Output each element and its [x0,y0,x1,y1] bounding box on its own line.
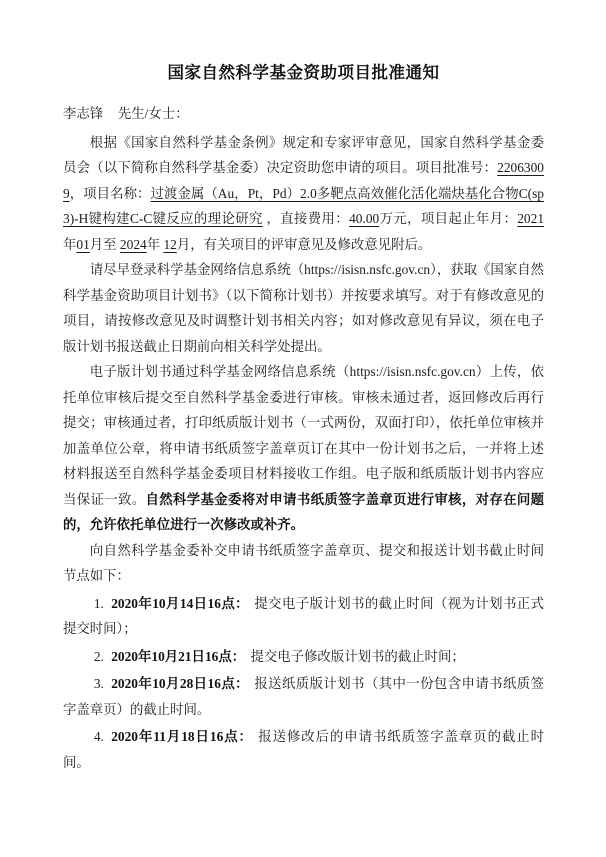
item-number: 1. [94,596,104,611]
item-number: 4. [94,729,104,744]
item-number: 3. [94,676,104,691]
document-title: 国家自然科学基金资助项目批准通知 [63,60,544,85]
intro-paragraph: 根据《国家自然科学基金条例》规定和专家评审意见，国家自然科学基金委员会（以下简称… [63,130,544,258]
intro-text-1: 根据《国家自然科学基金条例》规定和专家评审意见，国家自然科学基金委员会（以下简称… [63,135,544,176]
direct-fee: 40.00 [349,211,379,226]
intro-text-8: 月，有关项目的评审意见及修改意见附后。 [177,237,431,252]
submission-text: 电子版计划书通过科学基金网络信息系统（https://isisn.nsfc.go… [63,364,544,507]
deadline-date: 2020年10月14日16点： [111,596,249,611]
start-month: 01 [76,237,89,252]
recipient-name: 李志锋 [63,106,103,121]
deadline-date: 2020年10月21日16点： [111,649,245,664]
intro-text-5: 年 [63,237,76,252]
deadline-item-3: 3.2020年10月28日16点：报送纸质版计划书（其中一份包含申请书纸质签字盖… [63,671,544,722]
deadline-item-4: 4.2020年11月18日16点：报送修改后的申请书纸质签字盖章页的截止时间。 [63,724,544,775]
intro-text-3: ，直接费用： [263,211,349,226]
deadline-date: 2020年11月18日16点： [111,729,253,744]
deadline-intro-paragraph: 向自然科学基金委补交申请书纸质签字盖章页、提交和报送计划书截止时间节点如下： [63,538,544,589]
deadline-text: 提交电子修改版计划书的截止时间； [250,649,464,664]
intro-text-4: 万元，项目起止年月： [379,211,517,226]
deadline-item-1: 1.2020年10月14日16点：提交电子版计划书的截止时间（视为计划书正式提交… [63,591,544,642]
start-year: 2021 [517,211,544,226]
greeting-line: 李志锋先生/女士： [63,101,544,127]
deadline-list: 1.2020年10月14日16点：提交电子版计划书的截止时间（视为计划书正式提交… [63,591,544,776]
deadline-item-2: 2.2020年10月21日16点：提交电子修改版计划书的截止时间； [63,644,544,670]
intro-text-2: ，项目名称： [70,186,151,201]
salutation: 先生/女士： [118,106,189,121]
deadline-date: 2020年10月28日16点： [111,676,249,691]
document-page: 国家自然科学基金资助项目批准通知 李志锋先生/女士： 根据《国家自然科学基金条例… [0,0,606,857]
end-month: 12 [163,237,176,252]
intro-text-6: 月至 [90,237,120,252]
login-instructions-paragraph: 请尽早登录科学基金网络信息系统（https://isisn.nsfc.gov.c… [63,257,544,359]
item-number: 2. [94,649,104,664]
end-year: 2024 [120,237,147,252]
submission-instructions-paragraph: 电子版计划书通过科学基金网络信息系统（https://isisn.nsfc.go… [63,359,544,538]
intro-text-7: 年 [147,237,164,252]
